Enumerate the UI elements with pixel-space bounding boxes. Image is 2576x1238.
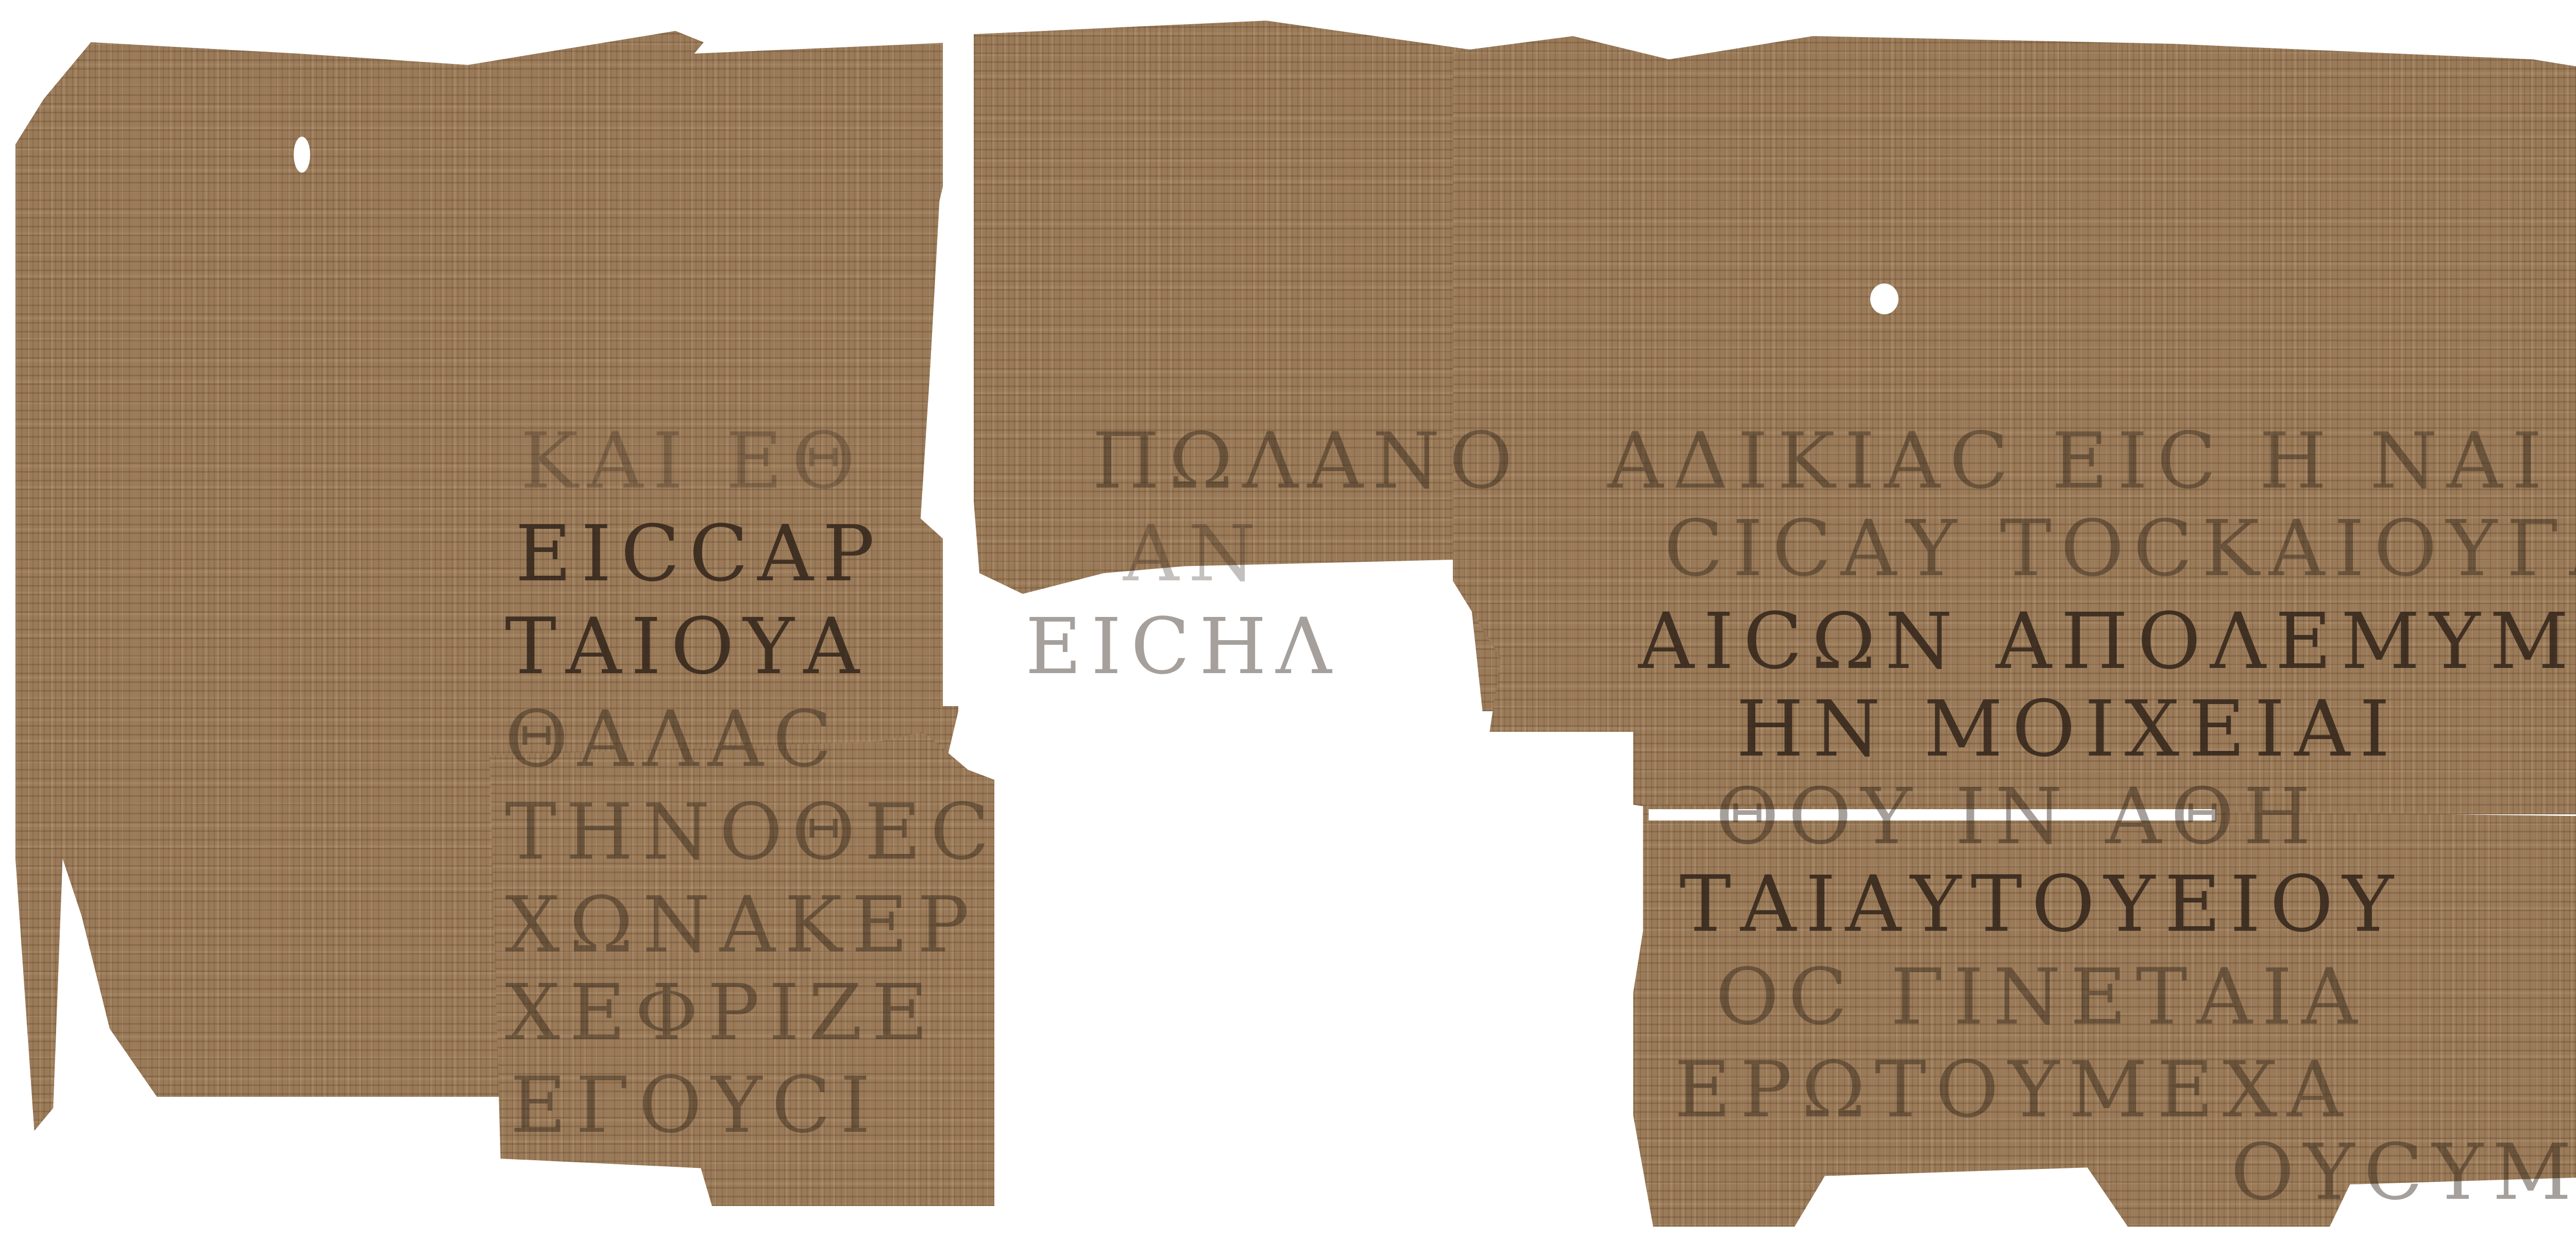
text-line-right-9: ΟΥϹΥΜ (2231, 1134, 2576, 1211)
text-line-left-8: ΕΓΟΥϹΙ (510, 1067, 880, 1144)
text-line-right-4: ΗΝ ΜΟΙΧΕΙΑΙ (1736, 691, 2399, 768)
text-line-left-3: ΤΑΙΟΥΑ (505, 608, 869, 685)
text-line-left-5: ΤΗΝΟΘΕϹ (505, 794, 998, 871)
text-line-right-1: ΑΔΙΚΙΑϹ ΕΙϹ Η ΝΑΙ (1607, 423, 2552, 500)
text-line-right-8: ΕΡΩΤΟΥΜΕΧΑ (1674, 1051, 2352, 1129)
text-line-left-6: ΧΩΝΑΚΕΡ (505, 886, 978, 964)
text-line-right-5: ΘΟΥ ΙΝ ΑΘΗ (1716, 778, 2320, 856)
text-line-left-7: ΧΕΦΡΙΖΕ (505, 974, 937, 1051)
text-line-right-7: ΟϹ ΓΙΝΕΤΑΙΑ (1716, 959, 2366, 1036)
text-line-right-3: ΑΙϹΩΝ ΑΠΟΛΕΜΥΜΕ (1638, 603, 2576, 680)
text-line-right-2: ϹΙϹΑΥ ΤΟϹΚΑΙΟΥΓΑ (1664, 510, 2576, 588)
text-line-left-1: ΚΑΙ ΕΘ (520, 423, 865, 500)
text-line-middle-1: ΠΩΛΑΝΟ (1092, 423, 1522, 500)
vertical-tear-gap (943, 21, 974, 706)
text-line-middle-3: ΕΙϹΗΛ (1025, 608, 1341, 685)
text-line-left-4: ΘΑΛΑϹ (505, 701, 841, 778)
text-line-middle-2: ΑΝ (1123, 515, 1265, 593)
central-missing-area (994, 732, 1633, 1238)
worm-hole (1870, 283, 1899, 314)
worm-hole (294, 137, 310, 173)
text-line-right-6: ΤΑΙΑΥΤΟΥΕΙΟΥ (1680, 866, 2403, 943)
text-line-left-2: ΕΙϹϹΑΡ (515, 515, 884, 593)
